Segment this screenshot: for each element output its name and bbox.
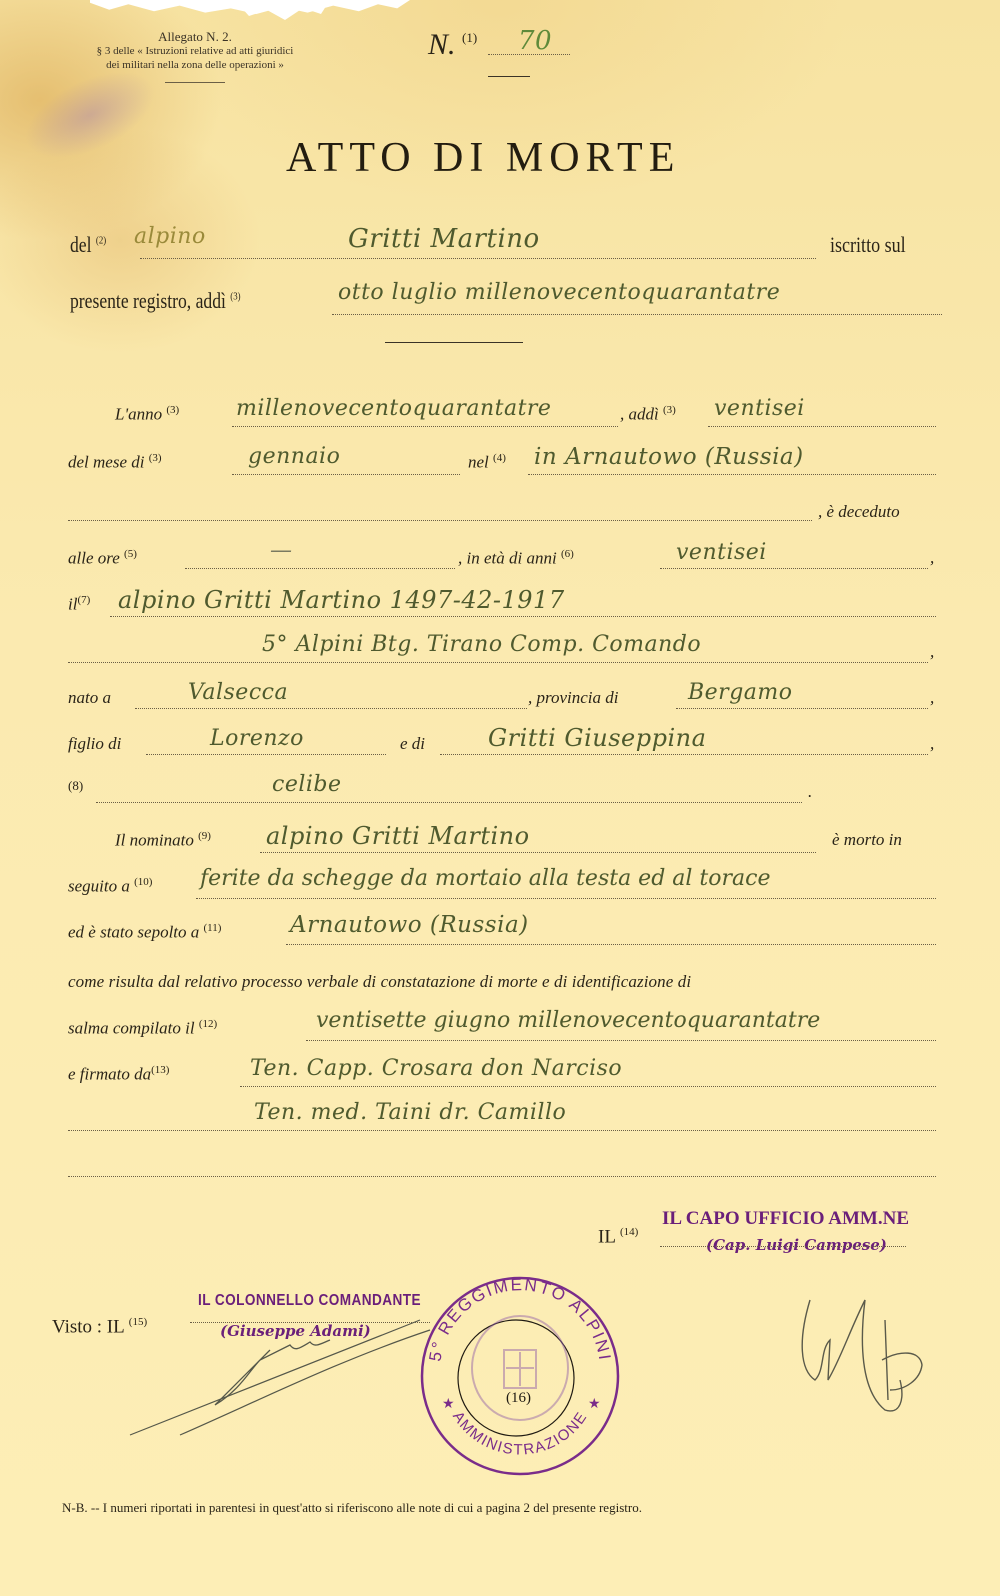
divider bbox=[385, 342, 523, 343]
field-line bbox=[135, 708, 527, 709]
field-line bbox=[68, 520, 812, 521]
sepolto-label: ed è stato sepolto a (11) bbox=[68, 922, 221, 943]
seguito-label: seguito a (10) bbox=[68, 876, 152, 897]
rank-field[interactable]: alpino bbox=[134, 224, 206, 249]
divider bbox=[488, 76, 530, 77]
mese-label: del mese di (3) bbox=[68, 452, 162, 473]
year-field[interactable]: millenovecentoquarantatre bbox=[236, 396, 551, 421]
registro-label: presente registro, addì (3) bbox=[70, 288, 241, 314]
capo-ufficio-stamp: IL CAPO UFFICIO AMM.NE bbox=[662, 1208, 909, 1230]
nominato-label: Il nominato (9) bbox=[115, 830, 211, 851]
deceduto-label: , è deceduto bbox=[818, 502, 900, 522]
number-label: N. bbox=[428, 28, 456, 62]
field-line bbox=[306, 1040, 936, 1041]
signature-line bbox=[660, 1246, 906, 1247]
eta-label: , in età di anni (6) bbox=[458, 548, 574, 569]
il-14-label: IL (14) bbox=[598, 1226, 638, 1248]
svg-text:★: ★ bbox=[588, 1397, 601, 1412]
registration-date-field[interactable]: otto luglio millenovecentoquarantatre bbox=[338, 280, 780, 305]
anno-label: L'anno (3) bbox=[115, 404, 179, 425]
field-line bbox=[676, 708, 928, 709]
comma: , bbox=[930, 734, 934, 754]
number-line bbox=[488, 54, 570, 55]
cause-of-death-field[interactable]: ferite da schegge da mortaio alla testa … bbox=[200, 866, 771, 891]
reference-line-1: § 3 delle « Istruzioni relative ad atti … bbox=[60, 44, 330, 58]
field-line bbox=[68, 662, 928, 663]
comma: , bbox=[930, 642, 934, 662]
field-line bbox=[140, 258, 816, 259]
salma-label: salma compilato il (12) bbox=[68, 1018, 217, 1039]
field-line bbox=[528, 474, 936, 475]
addi-label: , addì (3) bbox=[620, 404, 676, 425]
field-line bbox=[286, 944, 936, 945]
attachment-header: Allegato N. 2. § 3 delle « Istruzioni re… bbox=[60, 30, 330, 72]
burial-place-field[interactable]: Arnautowo (Russia) bbox=[290, 912, 529, 938]
field-line bbox=[68, 1176, 936, 1177]
attachment-label: Allegato N. 2. bbox=[60, 30, 330, 44]
father-field[interactable]: Lorenzo bbox=[210, 726, 304, 751]
number-note: (1) bbox=[462, 30, 477, 46]
del-label: del (2) bbox=[70, 232, 106, 258]
signer-2-field[interactable]: Ten. med. Taini dr. Camillo bbox=[254, 1100, 566, 1125]
figlio-label: figlio di bbox=[68, 734, 121, 754]
field-line bbox=[440, 754, 928, 755]
come-risulta-text: come risulta dal relativo processo verba… bbox=[68, 972, 691, 992]
capo-ufficio-name: (Cap. Luigi Campese) bbox=[706, 1236, 887, 1254]
report-date-field[interactable]: ventisette giugno millenovecentoquaranta… bbox=[316, 1008, 820, 1033]
field-line bbox=[232, 426, 618, 427]
field-line bbox=[196, 898, 936, 899]
nato-label: nato a bbox=[68, 688, 111, 708]
stato-note: (8) bbox=[68, 778, 83, 794]
soldier-unit-field[interactable]: 5° Alpini Btg. Tirano Comp. Comando bbox=[262, 632, 701, 657]
footnote: N-B. -- I numeri riportati in parentesi … bbox=[62, 1500, 642, 1516]
field-line bbox=[708, 426, 936, 427]
svg-text:★: ★ bbox=[442, 1397, 455, 1412]
marital-status-field[interactable]: celibe bbox=[272, 772, 342, 797]
deceased-name-field[interactable]: Gritti Martino bbox=[348, 224, 540, 254]
field-line bbox=[660, 568, 928, 569]
signer-1-field[interactable]: Ten. Capp. Crosara don Narciso bbox=[250, 1056, 622, 1081]
firmato-label: e firmato da(13) bbox=[68, 1064, 169, 1085]
seal-note: (16) bbox=[506, 1390, 531, 1406]
death-place-field[interactable]: in Arnautowo (Russia) bbox=[534, 444, 804, 470]
field-line bbox=[260, 852, 816, 853]
field-line bbox=[68, 1130, 936, 1131]
field-line bbox=[96, 802, 802, 803]
regiment-seal: 5° REGGIMENTO ALPINI AMMINISTRAZIONE ★ ★… bbox=[412, 1268, 628, 1484]
seal-bottom-text: AMMINISTRAZIONE bbox=[449, 1408, 591, 1458]
nel-label: nel (4) bbox=[468, 452, 506, 473]
birthplace-field[interactable]: Valsecca bbox=[188, 680, 288, 705]
hour-field[interactable]: — bbox=[270, 538, 293, 563]
field-line bbox=[240, 1086, 936, 1087]
provincia-label: , provincia di bbox=[528, 688, 619, 708]
field-line bbox=[232, 474, 460, 475]
named-soldier-field[interactable]: alpino Gritti Martino bbox=[266, 822, 530, 850]
register-number: 70 bbox=[518, 26, 552, 56]
e-di-label: e di bbox=[400, 734, 425, 754]
divider bbox=[165, 82, 225, 83]
day-field[interactable]: ventisei bbox=[714, 396, 805, 421]
colonnello-stamp: IL COLONNELLO COMANDANTE bbox=[198, 1292, 421, 1310]
field-line bbox=[185, 568, 455, 569]
iscritto-label: iscritto sul bbox=[830, 232, 906, 258]
document-title: ATTO DI MORTE bbox=[286, 134, 680, 182]
field-line bbox=[110, 616, 936, 617]
mother-field[interactable]: Gritti Giuseppina bbox=[488, 724, 706, 752]
field-line bbox=[332, 314, 942, 315]
age-field[interactable]: ventisei bbox=[676, 540, 767, 565]
colonnello-handwritten-signature bbox=[120, 1310, 440, 1440]
comma: , bbox=[930, 688, 934, 708]
capo-handwritten-signature bbox=[790, 1280, 940, 1420]
svg-text:AMMINISTRAZIONE: AMMINISTRAZIONE bbox=[449, 1408, 591, 1458]
field-line bbox=[146, 754, 386, 755]
comma: , bbox=[930, 548, 934, 568]
il-label: il(7) bbox=[68, 594, 90, 615]
soldier-identity-field[interactable]: alpino Gritti Martino 1497-42-1917 bbox=[118, 586, 565, 614]
month-field[interactable]: gennaio bbox=[248, 444, 340, 469]
period: . bbox=[808, 782, 812, 802]
morto-label: è morto in bbox=[832, 830, 902, 850]
ore-label: alle ore (5) bbox=[68, 548, 137, 569]
province-field[interactable]: Bergamo bbox=[688, 680, 793, 705]
reference-line-2: dei militari nella zona delle operazioni… bbox=[60, 58, 330, 72]
